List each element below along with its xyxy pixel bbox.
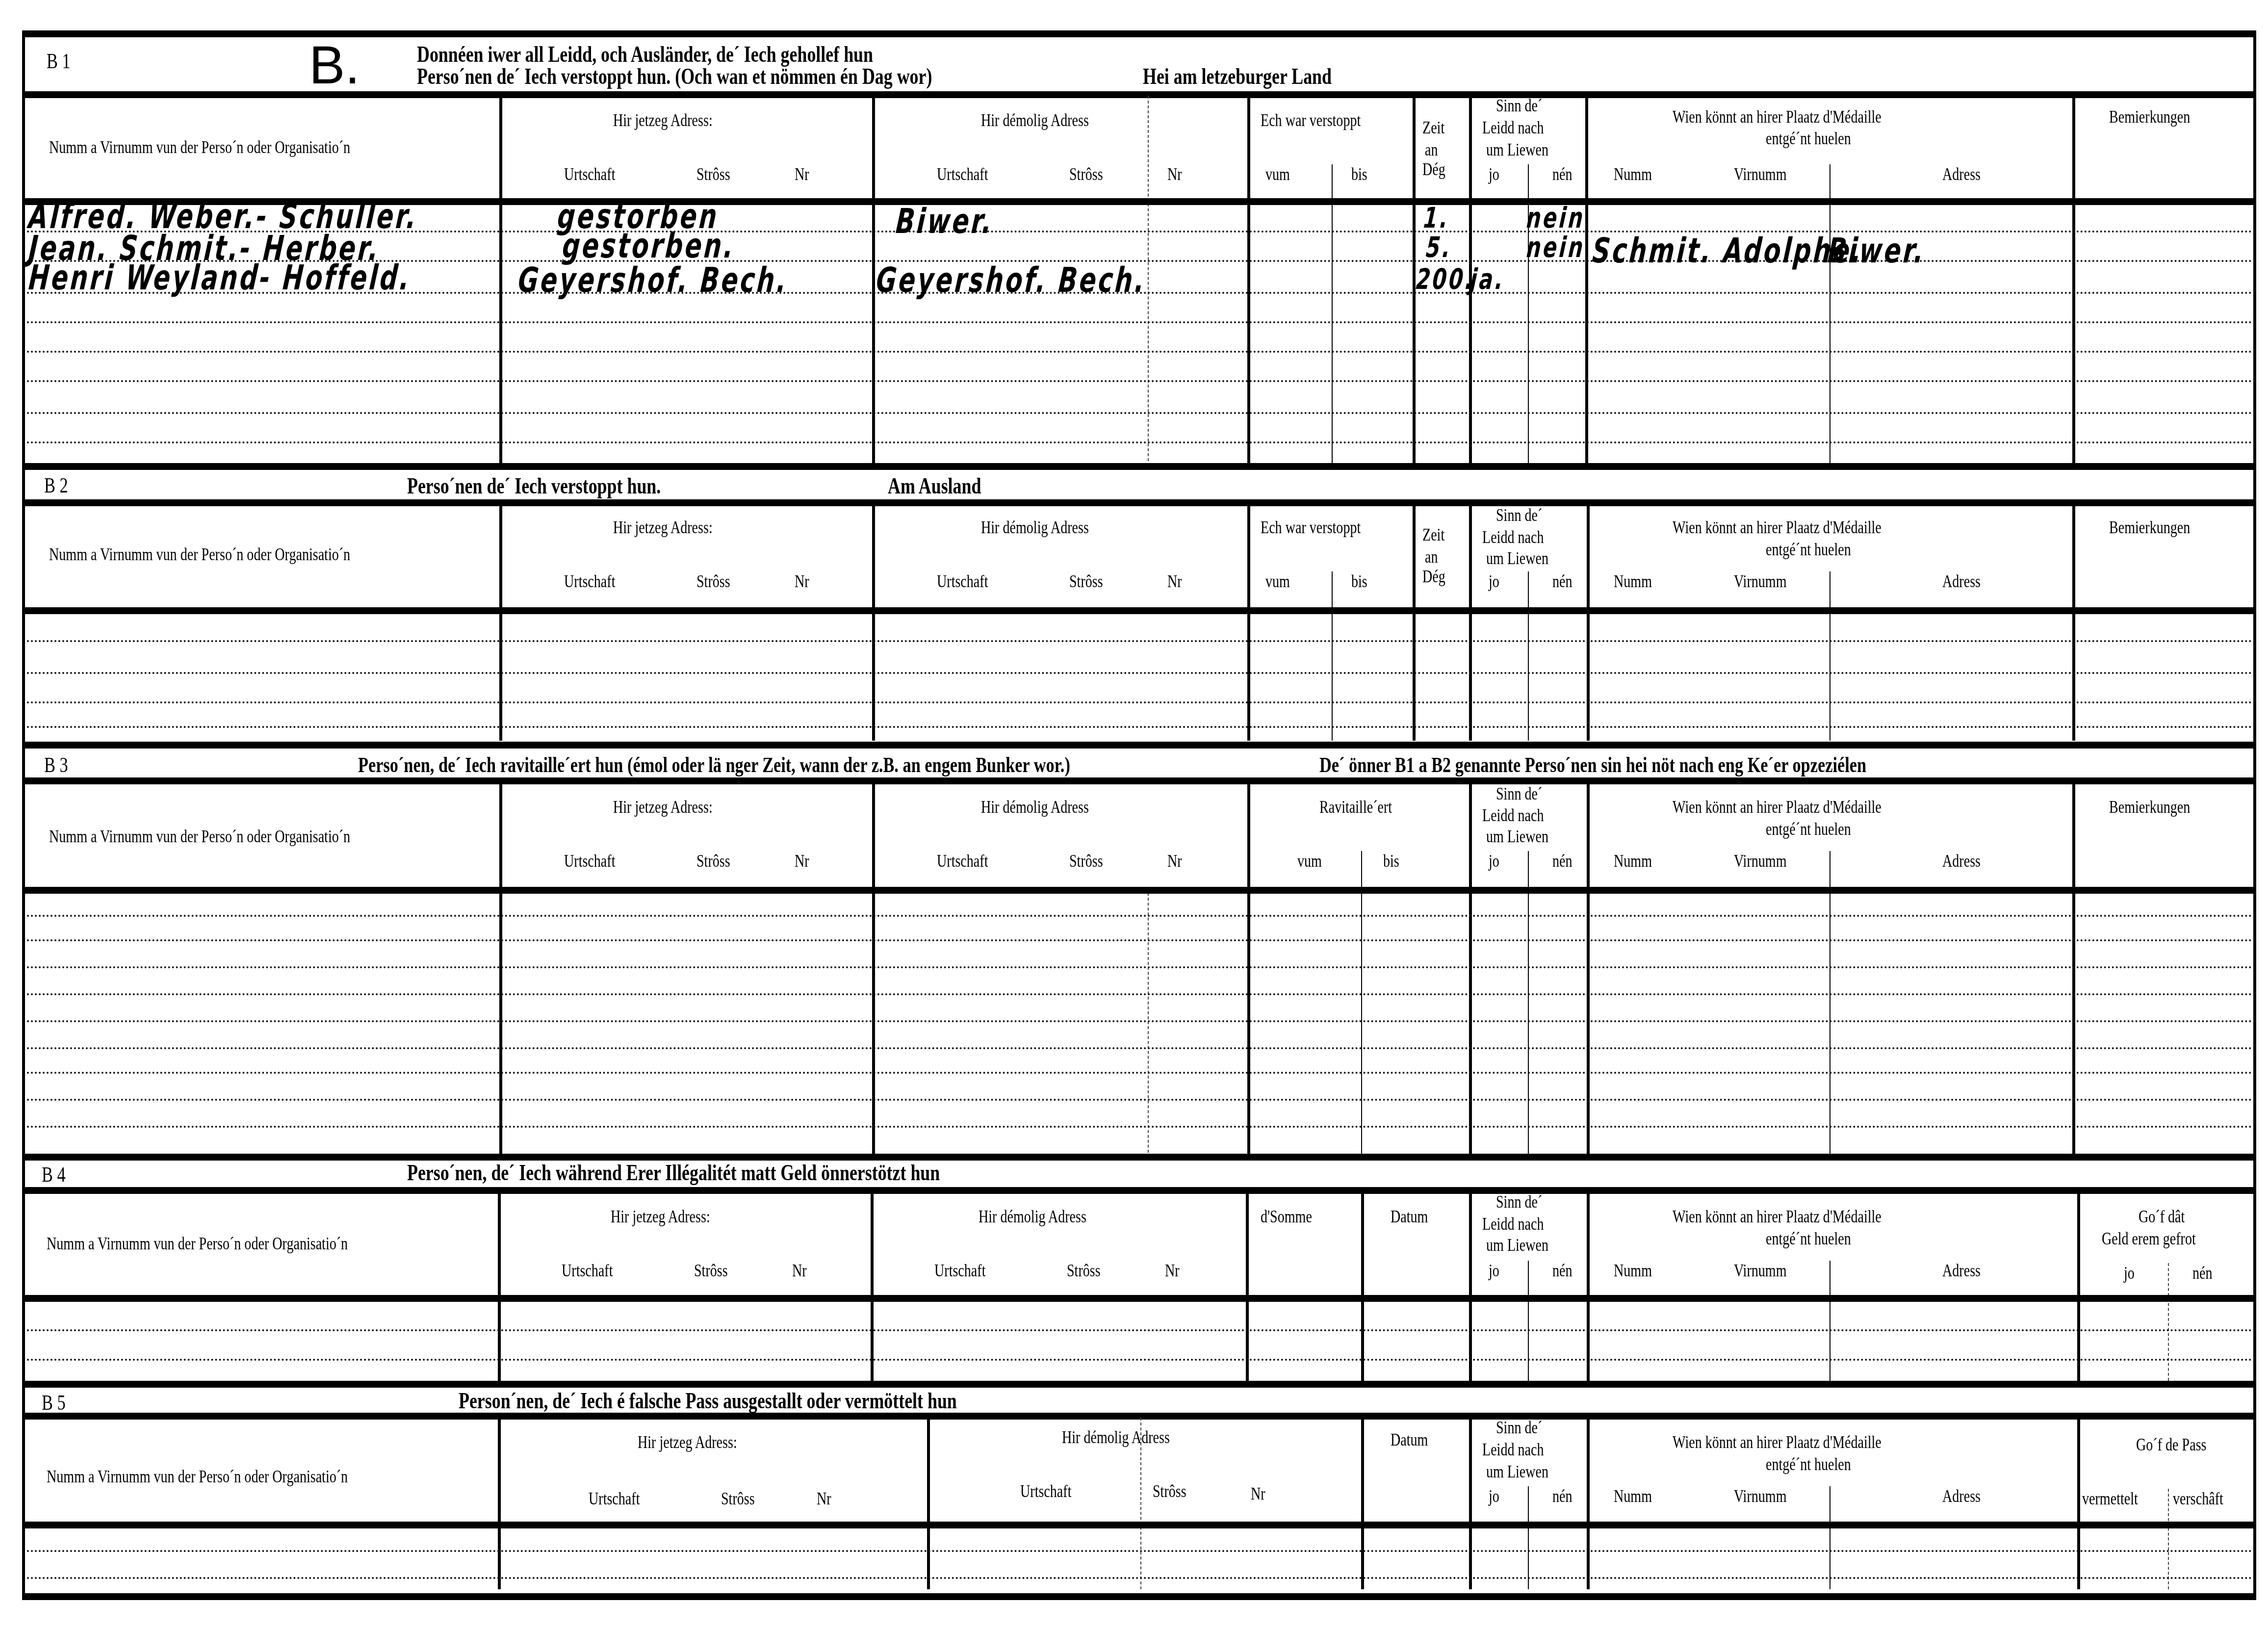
section-title-line2: Perso´nen de´ Iech verstoppt hun. (Och w… (417, 64, 932, 90)
header-zeit-deg: Dég (1422, 567, 1445, 587)
divider (22, 1522, 2256, 1528)
header-alive: um Liewen (1486, 1235, 1548, 1255)
col-divider (1830, 1486, 1830, 1589)
col-divider (499, 782, 502, 1158)
header-pass-provided: verschâft (2173, 1489, 2223, 1509)
col-divider (1413, 504, 1416, 741)
entry-name[interactable]: Henri Weyland- Hoffeld. (27, 258, 413, 298)
row-line (27, 321, 2254, 323)
header-current-address: Hir jetzeg Adress: (638, 1432, 737, 1452)
divider (22, 499, 2256, 506)
header-stross: Strôss (696, 851, 730, 871)
col-divider (1247, 782, 1250, 1158)
header-nen: nén (1552, 851, 1572, 871)
header-urtschaft: Urtschaft (937, 164, 988, 184)
entry-current-address[interactable]: Geyershof. Bech. (517, 260, 790, 300)
col-divider (1528, 1261, 1529, 1381)
header-alive: Sinn de´ (1496, 1192, 1542, 1212)
header-vum: vum (1265, 571, 1290, 592)
col-divider (499, 504, 502, 741)
section-title: Perso´nen, de´ Iech ravitaille´ert hun (… (358, 753, 1070, 778)
header-vum: vum (1265, 164, 1290, 184)
col-divider (1332, 164, 1333, 466)
header-virnumm: Virnumm (1734, 1261, 1787, 1281)
header-numm: Numm (1614, 1261, 1652, 1281)
header-current-address: Hir jetzeg Adress: (613, 110, 713, 130)
header-alive: um Liewen (1486, 827, 1548, 847)
header-name: Numm a Virnumm vun der Perso´n oder Orga… (49, 544, 350, 565)
row-line (27, 412, 2254, 414)
col-divider (1361, 1192, 1364, 1381)
row-line (27, 1099, 2254, 1101)
header-money-back: Go´f dât (2139, 1207, 2185, 1227)
header-stross: Strôss (694, 1261, 728, 1281)
divider (22, 1593, 2256, 1600)
col-divider (1528, 1486, 1529, 1589)
row-line (27, 939, 2254, 941)
header-jo: jo (1489, 851, 1499, 871)
col-divider (1587, 1192, 1590, 1381)
header-nr: Nr (1165, 1261, 1180, 1281)
header-adress: Adress (1942, 571, 1981, 592)
divider (22, 1187, 2256, 1194)
col-divider (871, 1192, 874, 1381)
header-pass-mediated: vermettelt (2082, 1489, 2138, 1509)
header-name: Numm a Virnumm vun der Perso´n oder Orga… (47, 1234, 348, 1254)
col-divider (498, 1418, 501, 1589)
header-medal: Wien könnt an hirer Plaatz d'Médaille (1673, 517, 1881, 538)
row-line (27, 726, 2254, 728)
col-divider (1247, 504, 1250, 741)
header-medal: entgé´nt huelen (1766, 540, 1851, 560)
col-divider (872, 504, 875, 741)
header-former-address: Hir démolig Adress (981, 797, 1089, 817)
row-line (27, 1550, 2254, 1552)
header-stross: Strôss (696, 164, 730, 184)
header-alive: um Liewen (1486, 548, 1548, 569)
col-divider (1469, 782, 1472, 1158)
header-nen: nén (1552, 1486, 1572, 1506)
header-nen: nén (1552, 571, 1572, 592)
divider (22, 1154, 2256, 1161)
header-numm: Numm (1614, 164, 1652, 184)
entry-alive[interactable]: nein (1525, 201, 1587, 234)
header-date: Datum (1391, 1207, 1428, 1227)
header-medal: entgé´nt huelen (1766, 129, 1851, 149)
header-stross: Strôss (1069, 571, 1103, 592)
header-stross: Strôss (721, 1489, 755, 1509)
col-divider (2168, 1263, 2169, 1381)
header-medal: entgé´nt huelen (1766, 1454, 1851, 1474)
header-nr: Nr (1251, 1484, 1265, 1504)
header-name: Numm a Virnumm vun der Perso´n oder Orga… (49, 827, 350, 847)
col-divider (1528, 571, 1529, 741)
header-stross: Strôss (1153, 1481, 1186, 1501)
row-line (27, 1329, 2254, 1331)
col-divider (2072, 96, 2075, 466)
header-stross: Strôss (1069, 164, 1103, 184)
col-divider (1361, 851, 1362, 1158)
header-zeit: Zeit (1422, 525, 1444, 545)
col-divider (2072, 504, 2075, 741)
header-alive: Leidd nach (1482, 118, 1544, 138)
header-urtschaft: Urtschaft (589, 1489, 640, 1509)
header-nen: nén (1552, 164, 1572, 184)
col-divider (1247, 96, 1250, 466)
col-divider (1587, 1418, 1590, 1589)
header-current-address: Hir jetzeg Adress: (611, 1207, 710, 1227)
col-divider (927, 1418, 930, 1589)
row-line (27, 1577, 2254, 1579)
col-divider (1830, 1261, 1830, 1381)
header-alive: um Liewen (1486, 140, 1548, 160)
row-line (27, 915, 2254, 917)
header-jo: jo (1489, 164, 1499, 184)
row-line (27, 380, 2254, 382)
header-stross: Strôss (1067, 1261, 1101, 1281)
header-bis: bis (1383, 851, 1399, 871)
header-former-address: Hir démolig Adress (981, 110, 1089, 130)
header-zeit: Zeit (1422, 118, 1444, 138)
header-supplied: Ravitaille´ert (1319, 797, 1392, 817)
divider (22, 1413, 2256, 1420)
section-id: B 2 (44, 473, 68, 498)
resistance-questionnaire-page-b: B 1 B. Donnéen iwer all Leidd, och Auslä… (0, 0, 2268, 1629)
col-divider (1469, 504, 1472, 741)
header-bis: bis (1351, 164, 1367, 184)
row-line (27, 351, 2254, 353)
col-divider (2168, 1489, 2169, 1589)
row-line (27, 1126, 2254, 1128)
header-money-jo: jo (2124, 1263, 2135, 1283)
header-virnumm: Virnumm (1734, 571, 1787, 592)
header-numm: Numm (1614, 1486, 1652, 1506)
col-divider (1148, 96, 1149, 466)
entry-medal-name[interactable]: Schmit. Adolphe. (1591, 231, 1865, 271)
col-divider (2072, 782, 2075, 1158)
header-numm: Numm (1614, 851, 1652, 871)
header-stross: Strôss (696, 571, 730, 592)
entry-medal-address[interactable]: Biwer. (1827, 231, 1927, 271)
header-medal: entgé´nt huelen (1766, 819, 1851, 839)
header-urtschaft: Urtschaft (937, 851, 988, 871)
col-divider (1413, 96, 1416, 466)
header-nr: Nr (795, 571, 809, 592)
header-numm: Numm (1614, 571, 1652, 592)
header-urtschaft: Urtschaft (564, 571, 615, 592)
header-alive: Leidd nach (1482, 527, 1544, 547)
header-medal: Wien könnt an hirer Plaatz d'Médaille (1673, 107, 1881, 127)
header-urtschaft: Urtschaft (934, 1261, 985, 1281)
header-medal: Wien könnt an hirer Plaatz d'Médaille (1673, 1432, 1881, 1452)
entry-alive[interactable]: ja. (1469, 262, 1506, 296)
header-bis: bis (1351, 571, 1367, 592)
row-line (27, 1047, 2254, 1049)
col-divider (1585, 96, 1588, 466)
header-name: Numm a Virnumm vun der Perso´n oder Orga… (47, 1467, 348, 1487)
form-part-letter: B. (309, 34, 360, 97)
row-line (27, 672, 2254, 674)
header-pass: Go´f de Pass (2136, 1435, 2207, 1455)
header-alive: Sinn de´ (1496, 505, 1542, 525)
row-line (27, 441, 2254, 443)
col-divider (499, 96, 502, 466)
col-divider (1361, 1418, 1364, 1589)
header-former-address: Hir démolig Adress (981, 517, 1089, 538)
header-current-address: Hir jetzeg Adress: (613, 517, 713, 538)
header-alive: Sinn de´ (1496, 1418, 1542, 1438)
entry-days[interactable]: 200. (1415, 262, 1476, 296)
row-line (27, 1072, 2254, 1074)
header-jo: jo (1489, 1486, 1499, 1506)
header-sum: d'Somme (1261, 1207, 1312, 1227)
header-date: Datum (1391, 1430, 1428, 1450)
col-divider (2077, 1418, 2080, 1589)
col-divider (872, 782, 875, 1158)
header-medal: Wien könnt an hirer Plaatz d'Médaille (1673, 1207, 1881, 1227)
header-urtschaft: Urtschaft (564, 164, 615, 184)
col-divider (1469, 1192, 1472, 1381)
section-title: Perso´nen, de´ Iech während Erer Illégal… (407, 1160, 940, 1186)
section-id: B 3 (44, 753, 68, 778)
section-id: B 4 (42, 1163, 66, 1188)
section-title: Person´nen, de´ Iech é falsche Pass ausg… (459, 1388, 957, 1414)
divider (22, 1381, 2256, 1388)
header-adress: Adress (1942, 1486, 1981, 1506)
section-title-right: De´ önner B1 a B2 genannte Perso´nen sin… (1319, 753, 1866, 778)
header-alive: Leidd nach (1482, 1440, 1544, 1460)
header-money-back: Geld erem gefrot (2102, 1229, 2196, 1249)
header-nen: nén (1552, 1261, 1572, 1281)
header-nr: Nr (817, 1489, 831, 1509)
entry-former-address[interactable]: Biwer. (895, 201, 995, 241)
header-medal: Wien könnt an hirer Plaatz d'Médaille (1673, 797, 1881, 817)
header-adress: Adress (1942, 164, 1981, 184)
col-divider (1830, 851, 1830, 1158)
header-nr: Nr (795, 164, 809, 184)
entry-days[interactable]: 1. (1422, 201, 1451, 234)
header-urtschaft: Urtschaft (937, 571, 988, 592)
header-virnumm: Virnumm (1734, 164, 1787, 184)
header-nr: Nr (1167, 571, 1182, 592)
col-divider (2077, 1192, 2080, 1381)
header-vum: vum (1297, 851, 1322, 871)
header-alive: Leidd nach (1482, 1214, 1544, 1234)
row-line (27, 640, 2254, 642)
entry-days[interactable]: 5. (1425, 231, 1454, 264)
header-remarks: Bemierkungen (2109, 517, 2190, 538)
header-former-address: Hir démolig Adress (1062, 1427, 1170, 1448)
header-hidden: Ech war verstoppt (1261, 110, 1361, 130)
header-current-address: Hir jetzeg Adress: (613, 797, 713, 817)
section-id: B 1 (47, 49, 71, 74)
header-jo: jo (1489, 571, 1499, 592)
col-divider (1332, 571, 1333, 741)
header-remarks: Bemierkungen (2109, 797, 2190, 817)
row-line (27, 966, 2254, 968)
divider (22, 1295, 2256, 1302)
row-line (27, 993, 2254, 995)
section-title-right: Am Ausland (888, 473, 981, 499)
divider (22, 91, 2256, 98)
col-divider (1469, 1418, 1472, 1589)
header-money-nen: nén (2192, 1263, 2213, 1283)
col-divider (1528, 851, 1529, 1158)
divider (22, 463, 2256, 470)
col-divider (1148, 888, 1149, 1158)
header-zeit-an: an (1425, 140, 1438, 160)
header-nr: Nr (792, 1261, 807, 1281)
col-divider (872, 96, 875, 466)
row-line (27, 701, 2254, 703)
header-adress: Adress (1942, 851, 1981, 871)
header-nr: Nr (1167, 851, 1182, 871)
header-urtschaft: Urtschaft (1020, 1481, 1071, 1501)
entry-alive[interactable]: nein (1525, 231, 1587, 264)
header-remarks: Bemierkungen (2109, 107, 2190, 127)
header-alive: Leidd nach (1482, 805, 1544, 826)
section-id: B 5 (42, 1391, 66, 1416)
row-line (27, 1359, 2254, 1361)
col-divider (1830, 164, 1830, 466)
header-alive: Sinn de´ (1496, 784, 1542, 804)
divider (22, 742, 2256, 749)
header-alive: um Liewen (1486, 1462, 1548, 1482)
header-medal: entgé´nt huelen (1766, 1229, 1851, 1249)
header-urtschaft: Urtschaft (564, 851, 615, 871)
section-title-right: Hei am letzeburger Land (1143, 64, 1332, 90)
header-zeit-deg: Dég (1422, 159, 1445, 180)
header-urtschaft: Urtschaft (562, 1261, 613, 1281)
header-name: Numm a Virnumm vun der Perso´n oder Orga… (49, 137, 350, 157)
entry-former-address[interactable]: Geyershof. Bech. (875, 260, 1148, 300)
col-divider (1587, 504, 1590, 741)
header-former-address: Hir démolig Adress (979, 1207, 1086, 1227)
divider (22, 607, 2256, 614)
header-jo: jo (1489, 1261, 1499, 1281)
header-virnumm: Virnumm (1734, 851, 1787, 871)
col-divider (1587, 782, 1590, 1158)
col-divider (1830, 571, 1830, 741)
header-nr: Nr (795, 851, 809, 871)
header-alive: Sinn de´ (1496, 96, 1542, 116)
header-stross: Strôss (1069, 851, 1103, 871)
header-zeit-an: an (1425, 547, 1438, 567)
divider (22, 777, 2256, 784)
col-divider (1246, 1192, 1249, 1381)
header-virnumm: Virnumm (1734, 1486, 1787, 1506)
header-hidden: Ech war verstoppt (1261, 517, 1361, 538)
section-title: Perso´nen de´ Iech verstoppt hun. (407, 473, 661, 499)
col-divider (498, 1192, 501, 1381)
header-adress: Adress (1942, 1261, 1981, 1281)
header-nr: Nr (1167, 164, 1182, 184)
divider (22, 887, 2256, 894)
row-line (27, 1020, 2254, 1022)
